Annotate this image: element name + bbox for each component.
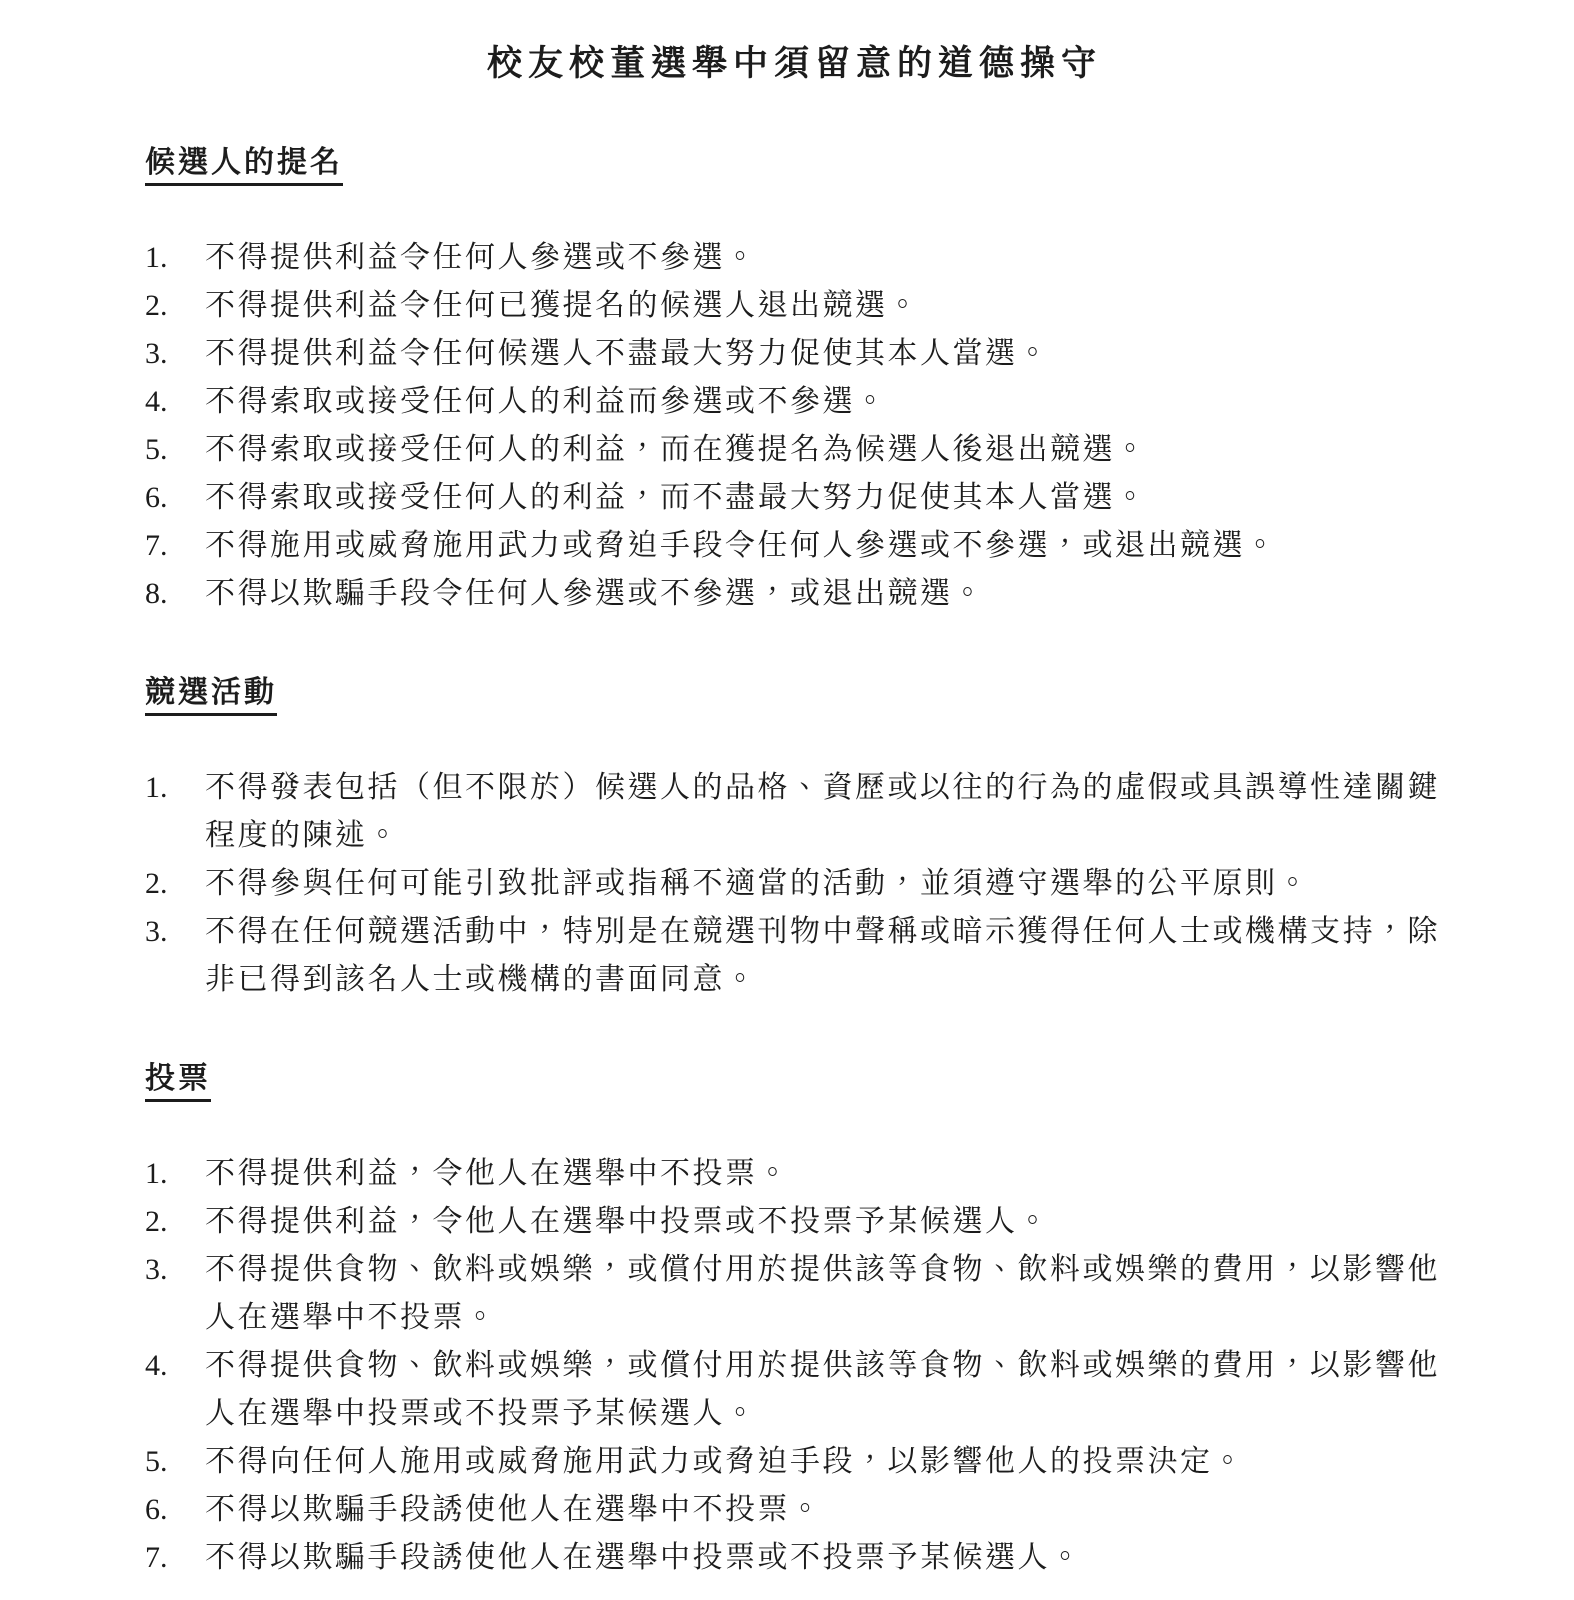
rule-item-number: 6. — [145, 474, 205, 522]
document-section: 競選活動 1. 不得發表包括（但不限於）候選人的品格、資歷或以往的行為的虛假或具… — [145, 674, 1444, 1004]
document-section: 投票 1. 不得提供利益，令他人在選舉中不投票。 2. 不得提供利益，令他人在選… — [145, 1060, 1444, 1582]
rule-item-text: 不得以欺騙手段令任何人參選或不參選，或退出競選。 — [205, 570, 1444, 618]
rule-item-number: 1. — [145, 234, 205, 282]
rule-item: 7. 不得以欺騙手段誘使他人在選舉中投票或不投票予某候選人。 — [145, 1534, 1444, 1582]
rule-item: 1. 不得發表包括（但不限於）候選人的品格、資歷或以往的行為的虛假或具誤導性達關… — [145, 764, 1444, 860]
rule-item: 3. 不得提供利益令任何候選人不盡最大努力促使其本人當選。 — [145, 330, 1444, 378]
rule-item-text: 不得提供利益，令他人在選舉中投票或不投票予某候選人。 — [205, 1198, 1444, 1246]
document-section: 候選人的提名 1. 不得提供利益令任何人參選或不參選。 2. 不得提供利益令任何… — [145, 144, 1444, 618]
rule-item: 6. 不得以欺騙手段誘使他人在選舉中不投票。 — [145, 1486, 1444, 1534]
rule-item-number: 8. — [145, 570, 205, 618]
rule-item-text: 不得提供食物、飲料或娛樂，或償付用於提供該等食物、飲料或娛樂的費用，以影響他人在… — [205, 1246, 1444, 1342]
rule-item-number: 7. — [145, 522, 205, 570]
rule-item-text: 不得提供利益，令他人在選舉中不投票。 — [205, 1150, 1444, 1198]
rule-item: 8. 不得以欺騙手段令任何人參選或不參選，或退出競選。 — [145, 570, 1444, 618]
section-heading: 投票 — [145, 1060, 211, 1102]
rule-item: 3. 不得在任何競選活動中，特別是在競選刊物中聲稱或暗示獲得任何人士或機構支持，… — [145, 908, 1444, 1004]
rule-item: 2. 不得提供利益令任何已獲提名的候選人退出競選。 — [145, 282, 1444, 330]
rule-item-text: 不得索取或接受任何人的利益，而在獲提名為候選人後退出競選。 — [205, 426, 1444, 474]
rule-item-number: 5. — [145, 1438, 205, 1486]
rule-item-number: 7. — [145, 1534, 205, 1582]
rule-item-text: 不得提供利益令任何候選人不盡最大努力促使其本人當選。 — [205, 330, 1444, 378]
rule-item-number: 4. — [145, 1342, 205, 1390]
rule-item-number: 3. — [145, 1246, 205, 1294]
rule-item: 3. 不得提供食物、飲料或娛樂，或償付用於提供該等食物、飲料或娛樂的費用，以影響… — [145, 1246, 1444, 1342]
rule-item-number: 2. — [145, 1198, 205, 1246]
rule-item-text: 不得提供食物、飲料或娛樂，或償付用於提供該等食物、飲料或娛樂的費用，以影響他人在… — [205, 1342, 1444, 1438]
document-page: 校友校董選舉中須留意的道德操守 候選人的提名 1. 不得提供利益令任何人參選或不… — [0, 0, 1574, 1600]
rule-item-number: 4. — [145, 378, 205, 426]
rule-item-text: 不得向任何人施用或威脅施用武力或脅迫手段，以影響他人的投票決定。 — [205, 1438, 1444, 1486]
rule-item-number: 6. — [145, 1486, 205, 1534]
rule-item-text: 不得發表包括（但不限於）候選人的品格、資歷或以往的行為的虛假或具誤導性達關鍵程度… — [205, 764, 1444, 860]
rule-item: 1. 不得提供利益，令他人在選舉中不投票。 — [145, 1150, 1444, 1198]
rule-item-text: 不得在任何競選活動中，特別是在競選刊物中聲稱或暗示獲得任何人士或機構支持，除非已… — [205, 908, 1444, 1004]
document-title: 校友校董選舉中須留意的道德操守 — [145, 42, 1444, 86]
rule-item-text: 不得索取或接受任何人的利益，而不盡最大努力促使其本人當選。 — [205, 474, 1444, 522]
rule-item-text: 不得以欺騙手段誘使他人在選舉中投票或不投票予某候選人。 — [205, 1534, 1444, 1582]
rule-item-text: 不得索取或接受任何人的利益而參選或不參選。 — [205, 378, 1444, 426]
section-heading: 候選人的提名 — [145, 144, 343, 186]
section-rule-list: 1. 不得提供利益，令他人在選舉中不投票。 2. 不得提供利益，令他人在選舉中投… — [145, 1150, 1444, 1582]
rule-item: 2. 不得參與任何可能引致批評或指稱不適當的活動，並須遵守選舉的公平原則。 — [145, 860, 1444, 908]
rule-item-number: 3. — [145, 908, 205, 956]
rule-item: 4. 不得索取或接受任何人的利益而參選或不參選。 — [145, 378, 1444, 426]
section-rule-list: 1. 不得提供利益令任何人參選或不參選。 2. 不得提供利益令任何已獲提名的候選… — [145, 234, 1444, 618]
rule-item-text: 不得提供利益令任何人參選或不參選。 — [205, 234, 1444, 282]
rule-item: 5. 不得向任何人施用或威脅施用武力或脅迫手段，以影響他人的投票決定。 — [145, 1438, 1444, 1486]
rule-item-number: 2. — [145, 860, 205, 908]
rule-item-number: 5. — [145, 426, 205, 474]
rule-item: 4. 不得提供食物、飲料或娛樂，或償付用於提供該等食物、飲料或娛樂的費用，以影響… — [145, 1342, 1444, 1438]
rule-item-text: 不得施用或威脅施用武力或脅迫手段令任何人參選或不參選，或退出競選。 — [205, 522, 1444, 570]
rule-item: 2. 不得提供利益，令他人在選舉中投票或不投票予某候選人。 — [145, 1198, 1444, 1246]
section-heading: 競選活動 — [145, 674, 277, 716]
sections-container: 候選人的提名 1. 不得提供利益令任何人參選或不參選。 2. 不得提供利益令任何… — [145, 144, 1444, 1582]
rule-item: 6. 不得索取或接受任何人的利益，而不盡最大努力促使其本人當選。 — [145, 474, 1444, 522]
rule-item-number: 3. — [145, 330, 205, 378]
rule-item: 7. 不得施用或威脅施用武力或脅迫手段令任何人參選或不參選，或退出競選。 — [145, 522, 1444, 570]
rule-item-text: 不得參與任何可能引致批評或指稱不適當的活動，並須遵守選舉的公平原則。 — [205, 860, 1444, 908]
rule-item-text: 不得提供利益令任何已獲提名的候選人退出競選。 — [205, 282, 1444, 330]
section-rule-list: 1. 不得發表包括（但不限於）候選人的品格、資歷或以往的行為的虛假或具誤導性達關… — [145, 764, 1444, 1004]
rule-item-number: 1. — [145, 1150, 205, 1198]
rule-item: 1. 不得提供利益令任何人參選或不參選。 — [145, 234, 1444, 282]
rule-item-number: 1. — [145, 764, 205, 812]
rule-item-number: 2. — [145, 282, 205, 330]
rule-item: 5. 不得索取或接受任何人的利益，而在獲提名為候選人後退出競選。 — [145, 426, 1444, 474]
rule-item-text: 不得以欺騙手段誘使他人在選舉中不投票。 — [205, 1486, 1444, 1534]
